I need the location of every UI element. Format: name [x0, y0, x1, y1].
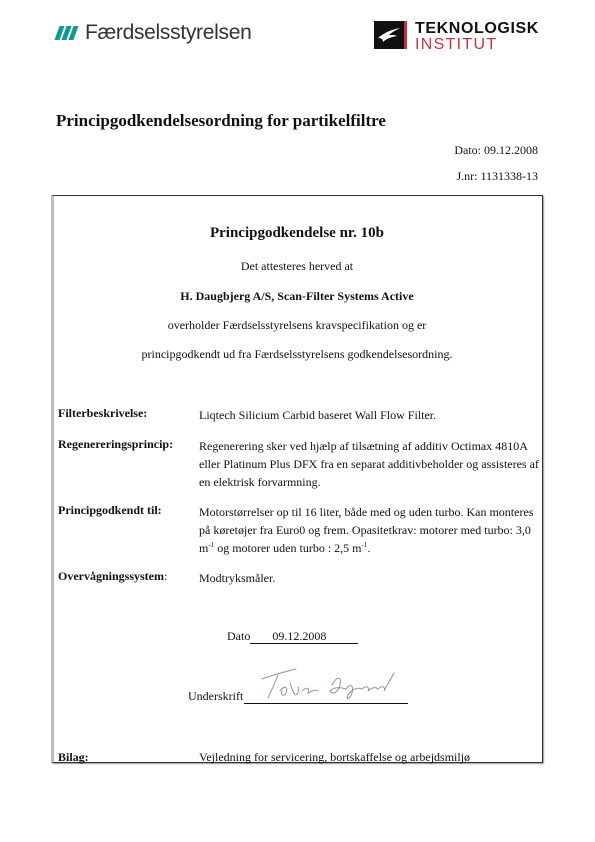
- filter-description-label: Filterbeskrivelse:: [58, 406, 147, 421]
- regeneration-principle-value: Regenerering sker ved hjælp af tilsætnin…: [199, 437, 542, 491]
- teknologisk-text: TEKNOLOGISK: [415, 21, 539, 37]
- signature-label: Underskrift: [188, 689, 243, 704]
- annex-value: Vejledning for servicering, bortskaffels…: [199, 750, 470, 765]
- attest-text: Det attesteres herved at: [51, 259, 543, 274]
- complies-text: overholder Færdselsstyrelsens kravspecif…: [51, 318, 543, 333]
- regeneration-principle-label: Regenereringsprincip:: [58, 437, 173, 452]
- approval-number: Principgodkendelse nr. 10b: [51, 225, 543, 242]
- document-date: Dato: 09.12.2008: [454, 143, 538, 158]
- institut-text: INSTITUT: [415, 37, 539, 53]
- three-slanted-bars-icon: [55, 26, 79, 40]
- signature-date-value: 09.12.2008: [250, 630, 358, 644]
- document-title: Principgodkendelsesordning for partikelf…: [56, 111, 386, 131]
- monitoring-system-label: Overvågningssystem:: [58, 569, 167, 584]
- journal-number: J.nr: 1131338-13: [456, 169, 538, 184]
- filter-description-value: Liqtech Silicium Carbid baseret Wall Flo…: [199, 406, 542, 424]
- teknologisk-institut-logo: TEKNOLOGISK INSTITUT: [374, 21, 539, 53]
- annex-label: Bilag:: [58, 750, 89, 765]
- company-name: H. Daugbjerg A/S, Scan-Filter Systems Ac…: [51, 289, 543, 304]
- signature-line: [244, 703, 408, 704]
- faerdselsstyrelsen-logo: Færdselsstyrelsen: [55, 20, 251, 46]
- bird-wing-icon: [374, 21, 407, 49]
- signature-date: Dato09.12.2008: [227, 629, 358, 644]
- monitoring-system-value: Modtryksmåler.: [199, 569, 542, 587]
- approved-for-label: Principgodkendt til:: [58, 503, 162, 518]
- signature-date-label: Dato: [227, 629, 250, 643]
- approved-for-value: Motorstørrelser op til 16 liter, både me…: [199, 503, 542, 557]
- faerdselsstyrelsen-wordmark: Færdselsstyrelsen: [85, 21, 251, 45]
- approved-text: principgodkendt ud fra Færdselsstyrelsen…: [51, 347, 543, 362]
